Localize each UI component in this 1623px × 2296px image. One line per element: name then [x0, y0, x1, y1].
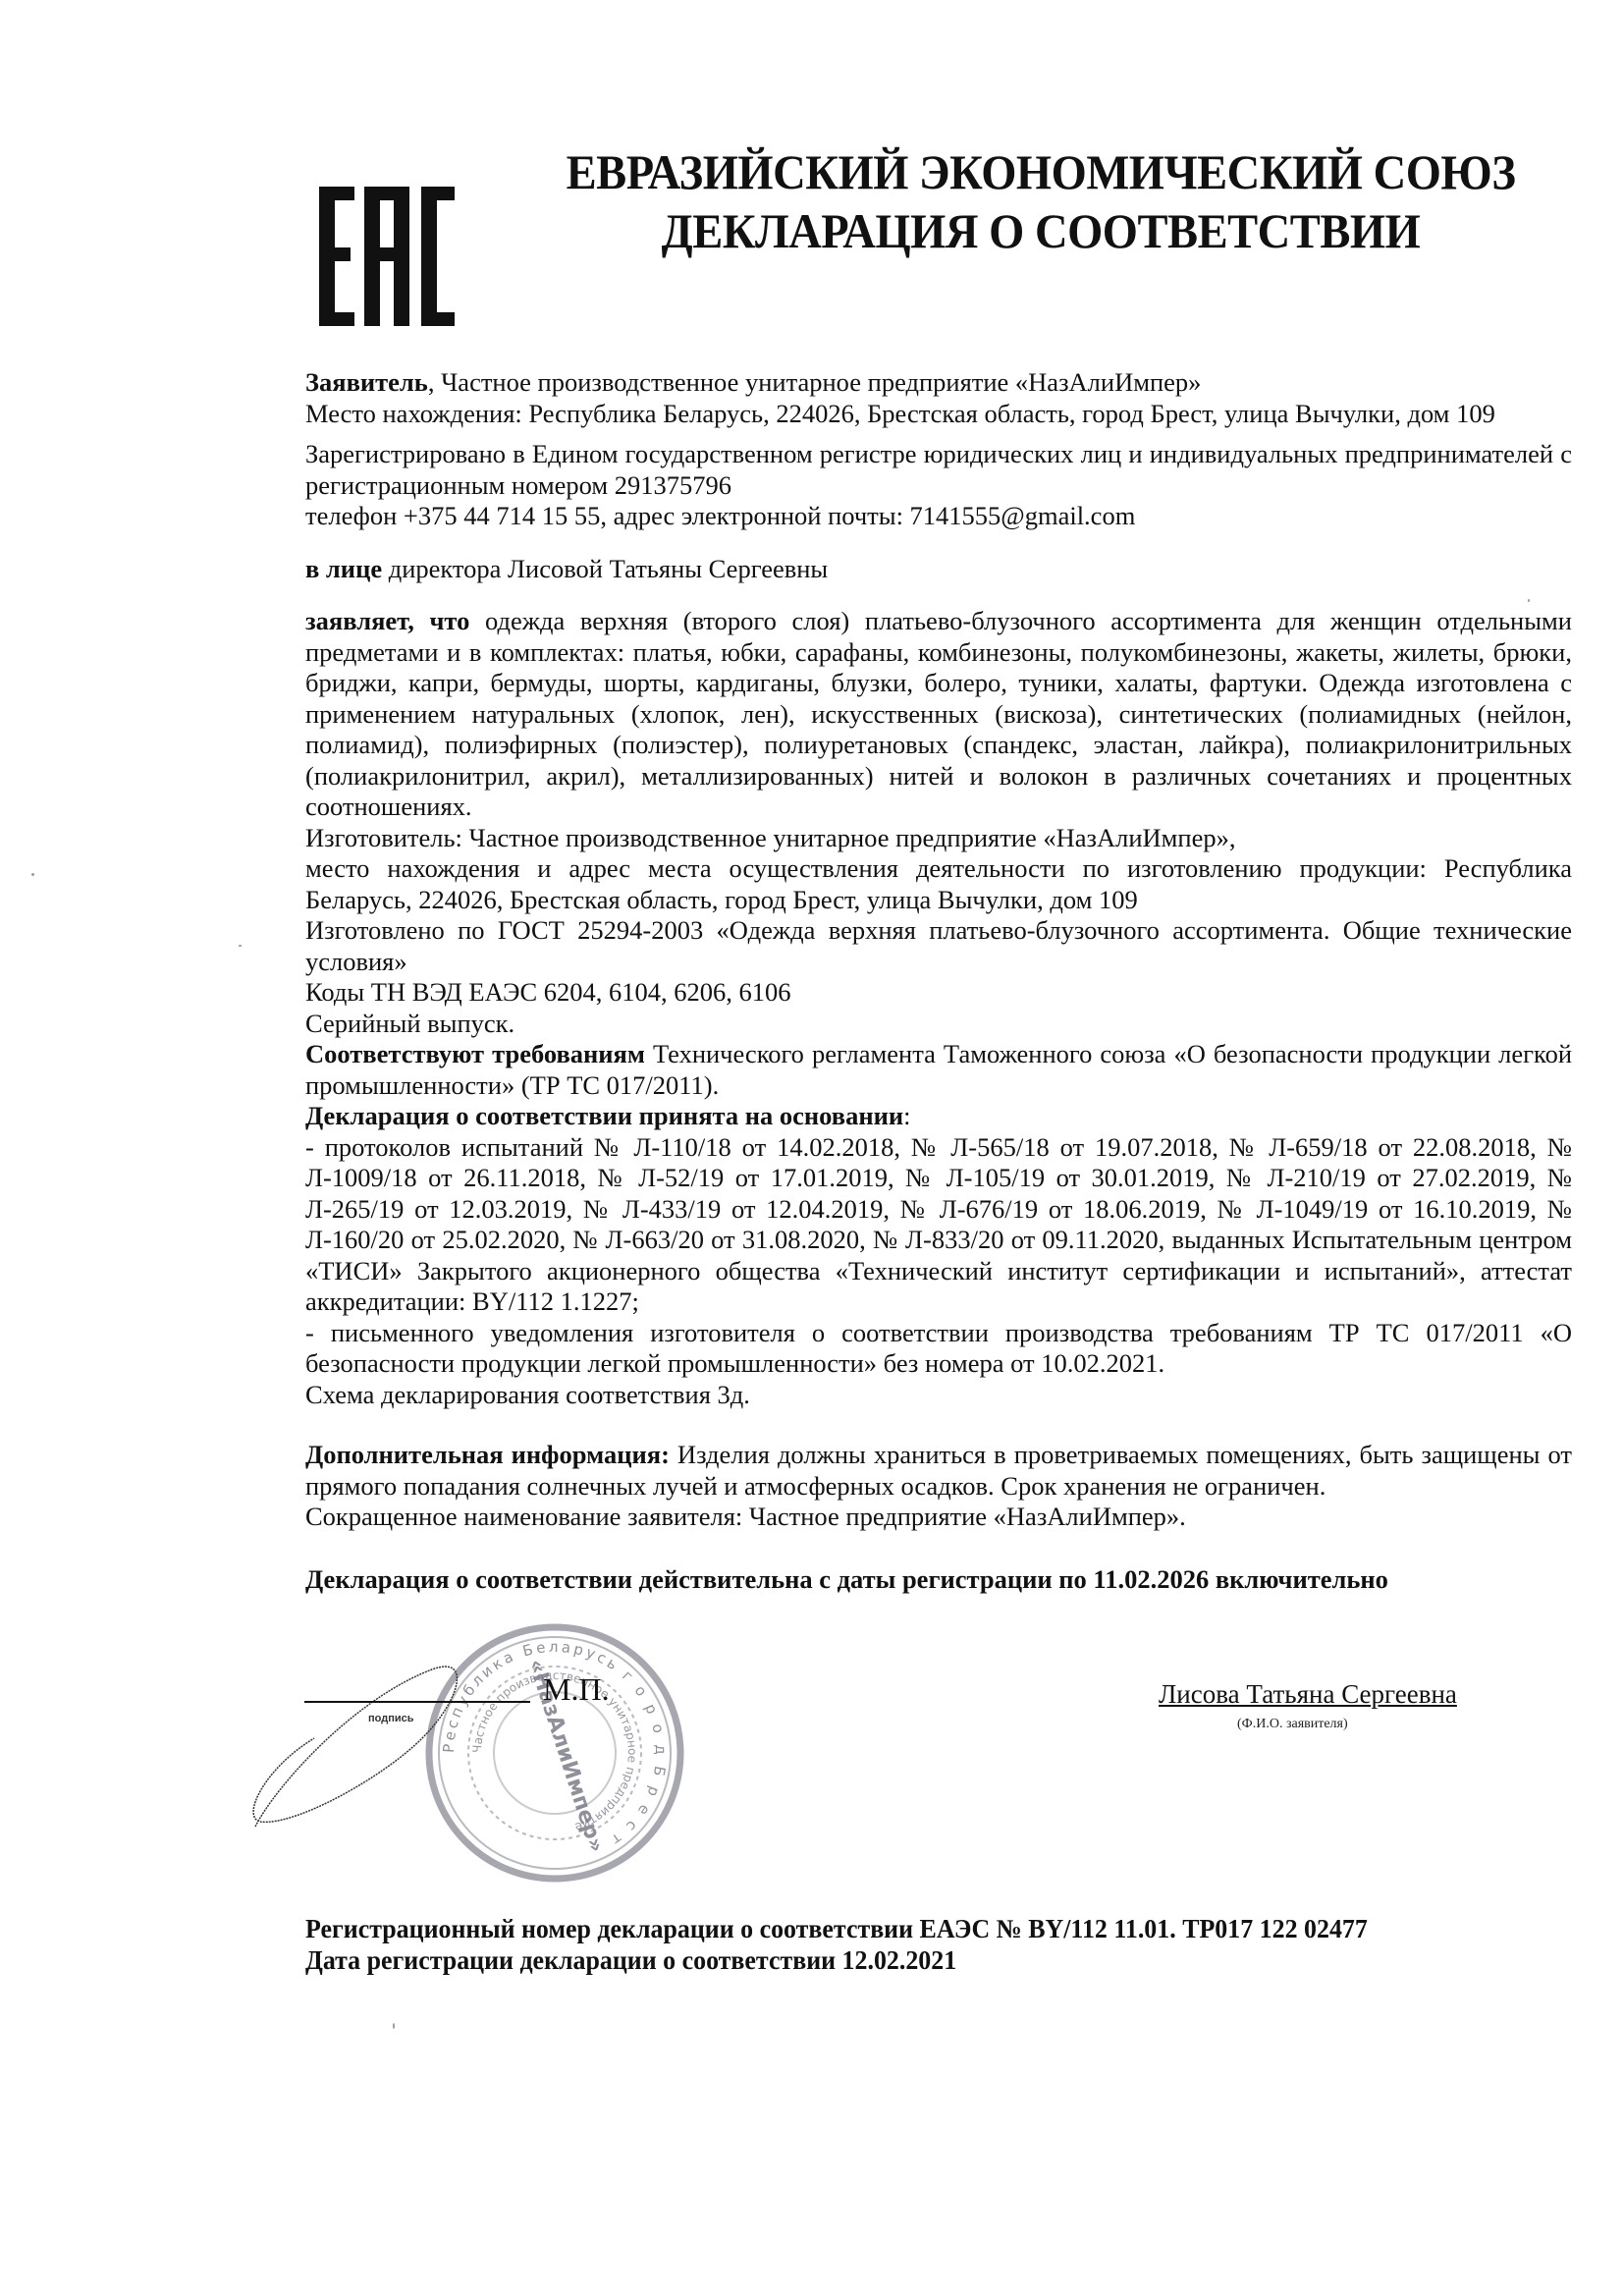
scan-speck — [393, 2023, 395, 2029]
signature-label: подпись — [368, 1713, 414, 1724]
basis-protocols: - протоколов испытаний № Л-110/18 от 14.… — [305, 1132, 1572, 1318]
union-title: ЕВРАЗИЙСКИЙ ЭКОНОМИЧЕСКИЙ СОЮЗ — [502, 147, 1579, 196]
applicant-contacts: телефон +375 44 714 15 55, адрес электро… — [305, 501, 1572, 532]
declaration-label: заявляет, что — [305, 606, 469, 635]
signer-caption: (Ф.И.О. заявителя) — [1237, 1717, 1348, 1732]
applicant-location: Место нахождения: Республика Беларусь, 2… — [305, 399, 1572, 430]
basis-label: Декларация о соответствии принята на осн… — [305, 1101, 903, 1130]
registration-date: Дата регистрации декларации о соответств… — [305, 1944, 956, 1976]
declaration-body: Заявитель, Частное производственное унит… — [305, 367, 1572, 1595]
applicant-registration: Зарегистрировано в Едином государственно… — [305, 439, 1572, 501]
release-type: Серийный выпуск. — [305, 1009, 1572, 1040]
basis-heading: Декларация о соответствии принята на осн… — [305, 1101, 1572, 1132]
tn-ved-codes: Коды ТН ВЭД ЕАЭС 6204, 6104, 6206, 6106 — [305, 977, 1572, 1009]
scan-speck — [239, 945, 242, 947]
declaration-text: одежда верхняя (второго слоя) платьево-б… — [305, 606, 1572, 821]
seal-place-label: М.П. — [543, 1671, 610, 1708]
manufacturer-address: место нахождения и адрес места осуществл… — [305, 853, 1572, 915]
compliance-label: Соответствуют требованиям — [305, 1039, 645, 1068]
scan-speck — [31, 873, 34, 876]
registration-number: Регистрационный номер декларации о соотв… — [305, 1913, 1368, 1944]
signer-name: Лисова Татьяна Сергеевна — [1159, 1679, 1457, 1710]
representative-label: в лице — [305, 554, 382, 583]
short-name: Сокращенное наименование заявителя: Част… — [305, 1502, 1572, 1533]
representative-line: в лице директора Лисовой Татьяны Сергеев… — [305, 554, 1572, 585]
basis-colon: : — [903, 1101, 910, 1130]
manufacturer-name: Изготовитель: Частное производственное у… — [305, 823, 1572, 854]
handwritten-signature — [236, 1640, 471, 1836]
signature-line — [304, 1701, 530, 1703]
declaration-scheme: Схема декларирования соответствия 3д. — [305, 1380, 1572, 1411]
validity-statement: Декларация о соответствии действительна … — [305, 1564, 1572, 1596]
document-title: ДЕКЛАРАЦИЯ О СООТВЕТСТВИИ — [502, 206, 1579, 255]
additional-label: Дополнительная информация: — [305, 1440, 670, 1469]
applicant-name: , Частное производственное унитарное пре… — [428, 367, 1202, 397]
eac-logo-icon — [319, 187, 455, 326]
applicant-label: Заявитель — [305, 367, 428, 397]
manufacturer-standard: Изготовлено по ГОСТ 25294-2003 «Одежда в… — [305, 915, 1572, 977]
representative-text: директора Лисовой Татьяны Сергеевны — [382, 554, 828, 583]
compliance-statement: Соответствуют требованиям Технического р… — [305, 1039, 1572, 1101]
additional-info: Дополнительная информация: Изделия должн… — [305, 1440, 1572, 1502]
applicant-line: Заявитель, Частное производственное унит… — [305, 367, 1572, 399]
basis-notice: - письменного уведомления изготовителя о… — [305, 1318, 1572, 1380]
declaration-statement: заявляет, что одежда верхняя (второго сл… — [305, 606, 1572, 823]
scan-speck — [1528, 599, 1530, 602]
